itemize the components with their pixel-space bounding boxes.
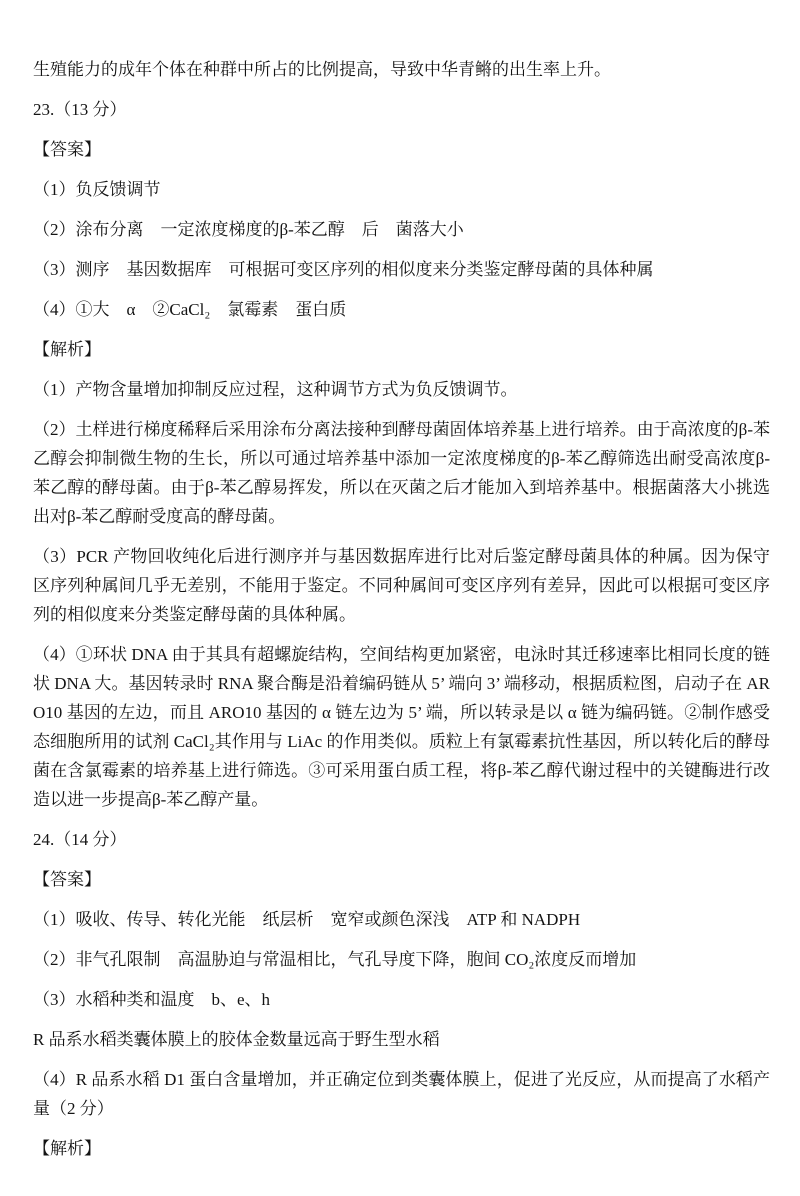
q24-answer-line-5: （4）R 品系水稻 D1 蛋白含量增加，并正确定位到类囊体膜上，促进了光反应，从… <box>33 1065 770 1123</box>
q23-analysis-label: 【解析】 <box>33 335 770 364</box>
q24-answer-label: 【答案】 <box>33 865 770 894</box>
q23-answer-label: 【答案】 <box>33 135 770 164</box>
q24-answer-line-2: （2）非气孔限制 高温胁迫与常温相比，气孔导度下降，胞间 CO₂浓度反而增加 <box>33 945 770 974</box>
q24-analysis-label: 【解析】 <box>33 1134 770 1163</box>
q23-analysis-paragraph-1: （1）产物含量增加抑制反应过程，这种调节方式为负反馈调节。 <box>33 375 770 404</box>
q23-answer-line-1: （1）负反馈调节 <box>33 175 770 204</box>
q23-analysis-paragraph-3: （3）PCR 产物回收纯化后进行测序并与基因数据库进行比对后鉴定酵母菌具体的种属… <box>33 542 770 629</box>
q24-answer-line-1: （1）吸收、传导、转化光能 纸层析 宽窄或颜色深浅 ATP 和 NADPH <box>33 905 770 934</box>
question-23-heading: 23.（13 分） <box>33 95 770 124</box>
q24-answer-line-3: （3）水稻种类和温度 b、e、h <box>33 985 770 1014</box>
q23-answer-line-4: （4）①大 α ②CaCl₂ 氯霉素 蛋白质 <box>33 295 770 324</box>
q23-answer-line-2: （2）涂布分离 一定浓度梯度的β-苯乙醇 后 菌落大小 <box>33 215 770 244</box>
document-page: 生殖能力的成年个体在种群中所占的比例提高，导致中华青鳉的出生率上升。 23.（1… <box>0 0 800 1163</box>
q23-answer-line-3: （3）测序 基因数据库 可根据可变区序列的相似度来分类鉴定酵母菌的具体种属 <box>33 255 770 284</box>
question-24-heading: 24.（14 分） <box>33 825 770 854</box>
q23-analysis-paragraph-2: （2）土样进行梯度稀释后采用涂布分离法接种到酵母菌固体培养基上进行培养。由于高浓… <box>33 415 770 531</box>
q24-answer-line-4: R 品系水稻类囊体膜上的胶体金数量远高于野生型水稻 <box>33 1025 770 1054</box>
paragraph-continuation: 生殖能力的成年个体在种群中所占的比例提高，导致中华青鳉的出生率上升。 <box>33 55 770 84</box>
q23-analysis-paragraph-4: （4）①环状 DNA 由于其具有超螺旋结构，空间结构更加紧密，电泳时其迁移速率比… <box>33 640 770 814</box>
